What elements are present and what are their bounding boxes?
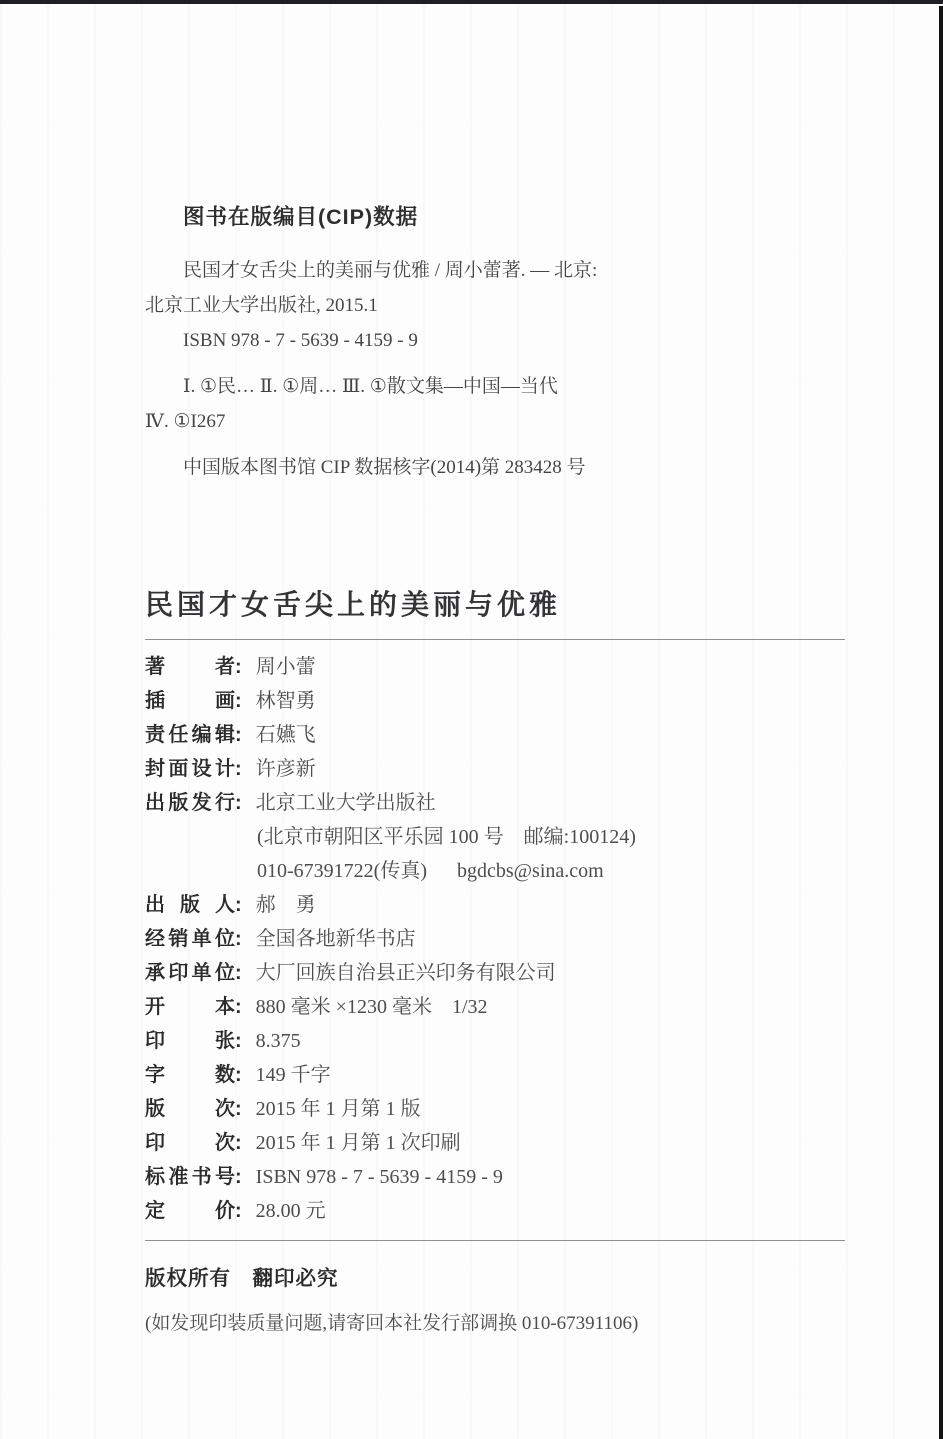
row-label: 承印单位 xyxy=(145,956,235,990)
cip-classification-line2: Ⅳ. ①I267 xyxy=(145,404,845,439)
row-colon: : xyxy=(235,1194,242,1228)
row-label: 出版发行 xyxy=(145,786,235,820)
row-value: ISBN 978 - 7 - 5639 - 4159 - 9 xyxy=(256,1160,503,1194)
colophon-row-author: 著者:周小蕾 xyxy=(145,650,845,684)
colophon-row-edition: 版次:2015 年 1 月第 1 版 xyxy=(145,1092,845,1126)
row-colon: : xyxy=(235,922,242,956)
row-label: 开本 xyxy=(145,990,235,1024)
row-value: 880 毫米 ×1230 毫米 1/32 xyxy=(256,990,488,1024)
colophon-row-publisher: 出版发行:北京工业大学出版社 xyxy=(145,786,845,820)
row-label: 印张 xyxy=(145,1024,235,1058)
colophon-row-sheets: 印张:8.375 xyxy=(145,1024,845,1058)
row-label: 插画 xyxy=(145,684,235,718)
row-value: 许彦新 xyxy=(256,752,316,786)
cip-isbn-line: ISBN 978 - 7 - 5639 - 4159 - 9 xyxy=(145,323,845,358)
publisher-contact-line: 010-67391722(传真) bgdcbs@sina.com xyxy=(145,854,845,888)
row-colon: : xyxy=(235,718,242,752)
colophon-row-publisher-person: 出版人:郝 勇 xyxy=(145,888,845,922)
row-value: 2015 年 1 月第 1 次印刷 xyxy=(256,1126,461,1160)
row-value: 大厂回族自治县正兴印务有限公司 xyxy=(256,956,556,990)
row-colon: : xyxy=(235,956,242,990)
row-value: 全国各地新华书店 xyxy=(256,922,416,956)
colophon-row-price: 定价:28.00 元 xyxy=(145,1194,845,1228)
row-label: 定价 xyxy=(145,1194,235,1228)
row-value: 石嬿飞 xyxy=(256,718,316,752)
scan-edge-top xyxy=(0,0,943,4)
colophon-row-distributor: 经销单位:全国各地新华书店 xyxy=(145,922,845,956)
row-colon: : xyxy=(235,1024,242,1058)
row-value: 28.00 元 xyxy=(256,1194,326,1228)
row-value: 北京工业大学出版社 xyxy=(256,786,436,820)
row-colon: : xyxy=(235,786,242,820)
row-value: 149 千字 xyxy=(256,1058,331,1092)
colophon-row-word-count: 字数:149 千字 xyxy=(145,1058,845,1092)
colophon-section: 著者:周小蕾 插画:林智勇 责任编辑:石嬿飞 封面设计:许彦新 出版发行:北京工… xyxy=(145,650,845,1228)
row-colon: : xyxy=(235,888,242,922)
colophon-row-isbn: 标准书号:ISBN 978 - 7 - 5639 - 4159 - 9 xyxy=(145,1160,845,1194)
book-copyright-page: 图书在版编目(CIP)数据 民国才女舌尖上的美丽与优雅 / 周小蕾著. — 北京… xyxy=(0,0,943,1439)
colophon-row-editor: 责任编辑:石嬿飞 xyxy=(145,718,845,752)
row-colon: : xyxy=(235,1160,242,1194)
scan-edge-right xyxy=(939,6,943,1439)
publisher-phone-email: 010-67391722(传真) bgdcbs@sina.com xyxy=(257,854,604,888)
row-value: 8.375 xyxy=(256,1024,301,1058)
row-label: 出版人 xyxy=(145,888,235,922)
row-label: 责任编辑 xyxy=(145,718,235,752)
row-colon: : xyxy=(235,684,242,718)
row-colon: : xyxy=(235,650,242,684)
row-label: 版次 xyxy=(145,1092,235,1126)
row-label: 印次 xyxy=(145,1126,235,1160)
colophon-row-printing: 印次:2015 年 1 月第 1 次印刷 xyxy=(145,1126,845,1160)
row-label: 著者 xyxy=(145,650,235,684)
colophon-row-illustrator: 插画:林智勇 xyxy=(145,684,845,718)
title-divider xyxy=(145,639,845,640)
colophon-row-format: 开本:880 毫米 ×1230 毫米 1/32 xyxy=(145,990,845,1024)
row-value: 林智勇 xyxy=(256,684,316,718)
row-colon: : xyxy=(235,752,242,786)
row-label: 字数 xyxy=(145,1058,235,1092)
row-colon: : xyxy=(235,1092,242,1126)
row-value: 周小蕾 xyxy=(256,650,316,684)
footer-divider xyxy=(145,1240,845,1241)
cip-classification-line1: Ⅰ. ①民… Ⅱ. ①周… Ⅲ. ①散文集—中国—当代 xyxy=(145,369,845,404)
cip-title-statement-line1: 民国才女舌尖上的美丽与优雅 / 周小蕾著. — 北京: xyxy=(145,253,845,288)
book-title: 民国才女舌尖上的美丽与优雅 xyxy=(145,583,845,623)
quality-exchange-note: (如发现印装质量问题,请寄回本社发行部调换 010-67391106) xyxy=(145,1308,845,1335)
copyright-statement: 版权所有 翻印必究 xyxy=(145,1261,845,1291)
colophon-row-cover-design: 封面设计:许彦新 xyxy=(145,752,845,786)
cip-heading: 图书在版编目(CIP)数据 xyxy=(183,200,845,235)
row-colon: : xyxy=(235,990,242,1024)
cip-title-statement-line2: 北京工业大学出版社, 2015.1 xyxy=(145,288,845,323)
row-value: 2015 年 1 月第 1 版 xyxy=(256,1092,421,1126)
cip-section: 图书在版编目(CIP)数据 民国才女舌尖上的美丽与优雅 / 周小蕾著. — 北京… xyxy=(145,200,845,485)
row-label: 经销单位 xyxy=(145,922,235,956)
row-colon: : xyxy=(235,1126,242,1160)
row-colon: : xyxy=(235,1058,242,1092)
row-label: 标准书号 xyxy=(145,1160,235,1194)
cip-record-line: 中国版本图书馆 CIP 数据核字(2014)第 283428 号 xyxy=(145,450,845,485)
colophon-row-printer: 承印单位:大厂回族自治县正兴印务有限公司 xyxy=(145,956,845,990)
publisher-address-line: (北京市朝阳区平乐园 100 号 邮编:100124) xyxy=(145,820,845,854)
row-value: 郝 勇 xyxy=(256,888,316,922)
publisher-address: (北京市朝阳区平乐园 100 号 邮编:100124) xyxy=(257,820,636,854)
row-label: 封面设计 xyxy=(145,752,235,786)
